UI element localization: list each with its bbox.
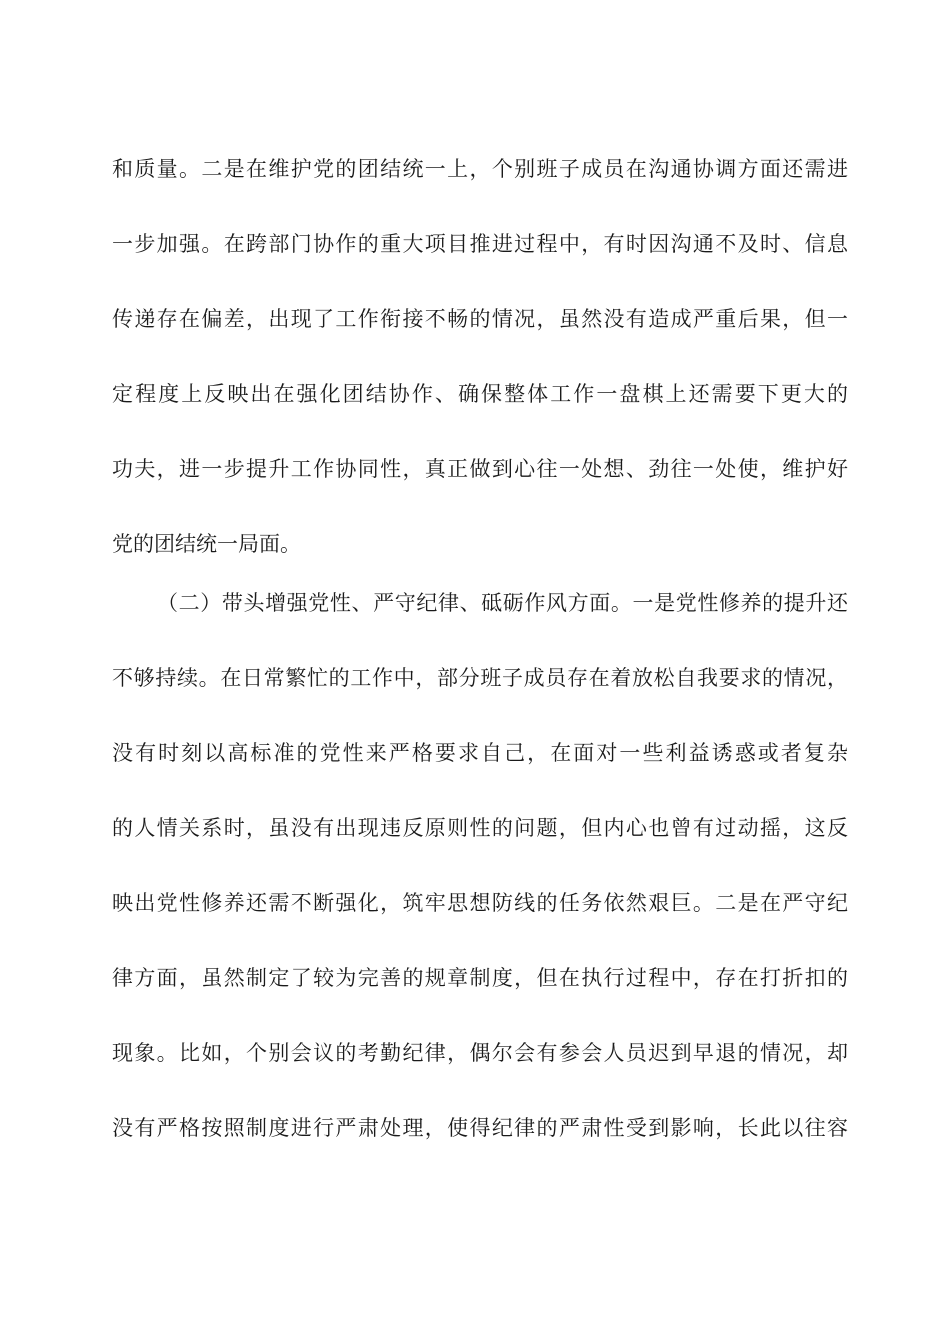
text-line: 一步加强。在跨部门协作的重大项目推进过程中，有时因沟通不及时、信息: [112, 207, 848, 282]
text-line: 现象。比如，个别会议的考勤纪律，偶尔会有参会人员迟到早退的情况，却: [112, 1016, 848, 1091]
text-line: 没有严格按照制度进行严肃处理，使得纪律的严肃性受到影响，长此以往容: [112, 1091, 848, 1166]
text-line: 传递存在偏差，出现了工作衔接不畅的情况，虽然没有造成严重后果，但一: [112, 282, 848, 357]
text-line: 没有时刻以高标准的党性来严格要求自己，在面对一些利益诱惑或者复杂: [112, 716, 848, 791]
text-line: 功夫，进一步提升工作协同性，真正做到心往一处想、劲往一处使，维护好: [112, 432, 848, 507]
text-line: 和质量。二是在维护党的团结统一上，个别班子成员在沟通协调方面还需进: [112, 132, 848, 207]
text-line: 定程度上反映出在强化团结协作、确保整体工作一盘棋上还需要下更大的: [112, 357, 848, 432]
document-page: { "page": { "background": "#ffffff", "te…: [0, 0, 950, 1344]
document-body: 和质量。二是在维护党的团结统一上，个别班子成员在沟通协调方面还需进一步加强。在跨…: [112, 132, 848, 1166]
text-line: 的人情关系时，虽没有出现违反原则性的问题，但内心也曾有过动摇，这反: [112, 791, 848, 866]
paragraph: 和质量。二是在维护党的团结统一上，个别班子成员在沟通协调方面还需进一步加强。在跨…: [112, 132, 848, 582]
text-line: 律方面，虽然制定了较为完善的规章制度，但在执行过程中，存在打折扣的: [112, 941, 848, 1016]
text-line: （二）带头增强党性、严守纪律、砥砺作风方面。一是党性修养的提升还: [112, 566, 848, 641]
text-line: 不够持续。在日常繁忙的工作中，部分班子成员存在着放松自我要求的情况，: [112, 641, 848, 716]
text-line: 映出党性修养还需不断强化，筑牢思想防线的任务依然艰巨。二是在严守纪: [112, 866, 848, 941]
paragraph: （二）带头增强党性、严守纪律、砥砺作风方面。一是党性修养的提升还不够持续。在日常…: [112, 566, 848, 1166]
